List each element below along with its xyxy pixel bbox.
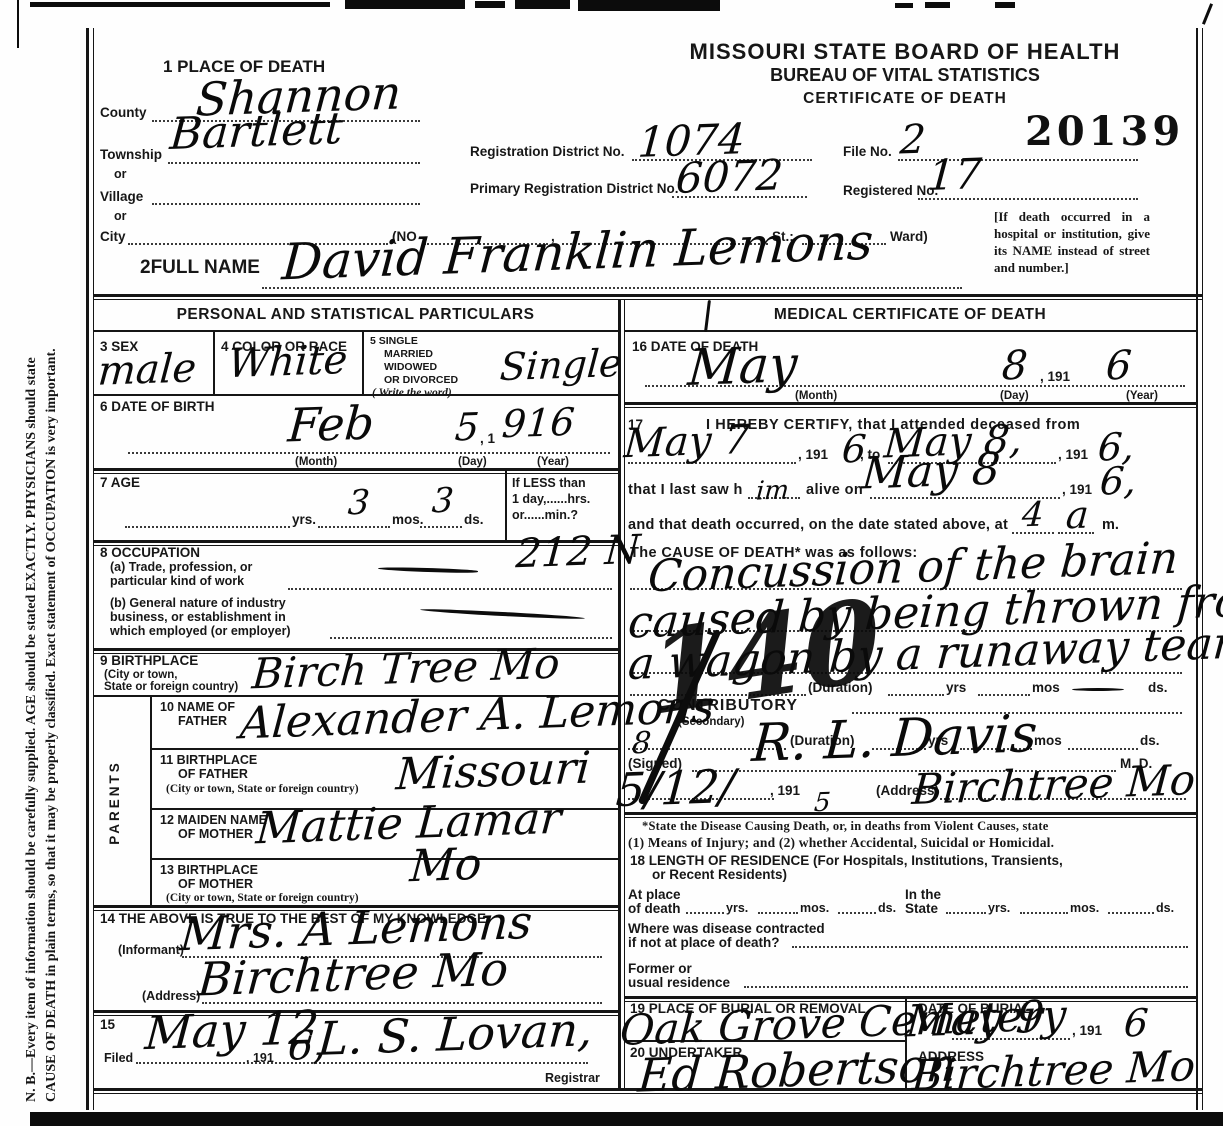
contracted-line [792,946,1188,948]
father-birthplace-label2: OF FATHER [178,768,248,781]
city-label: City [100,230,126,244]
death-ampm-value: a [1065,498,1090,533]
death-certificate-scan: N. B.—Every item of information should b… [0,0,1223,1126]
dob-year-prefix: , 1 [480,432,495,446]
document-right-border-inner [1202,28,1203,1110]
race-cell-divider [362,332,364,394]
occupation-b-line [330,637,612,639]
occupation-b-line2: business, or establishment in [110,611,286,624]
death-occurred-label: and that death occurred, on the date sta… [628,518,1008,533]
file-stamp-number: 20139 [1025,108,1184,155]
contrib-mos-label: mos [1034,734,1062,748]
duration-yrs-line [888,694,944,696]
at-place-label2: of death [628,902,681,916]
age-label: 7 AGE [100,476,140,490]
dob-day-value: 5 [454,410,481,445]
hospital-note: [If death occurred in a hospital or inst… [994,208,1150,276]
burial-year-prefix: , 191 [1072,1024,1102,1038]
at-place-ds: ds. [878,902,896,915]
father-birthplace-label1: 11 BIRTHPLACE [160,754,257,767]
or-label-1: or [114,168,127,181]
age-mos-value: 3 [347,488,371,519]
registered-no-value: 17 [927,155,983,195]
date-of-death-year: 6 [1105,348,1133,385]
occupation-a-line1: (a) Trade, profession, or [110,561,252,574]
age-ds-label: ds. [464,513,484,527]
alive-on-label: alive on [806,483,863,498]
document-left-border [86,28,89,1110]
sex-cell-divider [213,332,215,394]
dod-month-caption: (Month) [795,390,837,402]
death-m-label: m. [1102,518,1119,533]
contracted-label2: if not at place of death? [628,936,780,950]
scan-artifact-bar [30,2,330,7]
father-name-label1: 10 NAME OF [160,701,235,714]
age-mos-line [318,526,390,528]
mother-row-rule [150,858,618,860]
registered-no-label: Registered No. [843,184,938,198]
death-time-value: 4 [1021,500,1045,531]
dob-line [128,452,610,454]
informant-address-label: (Address) [142,990,200,1003]
occupation-a-dash-stroke [378,566,478,573]
physician-signature: R. L. Davis [750,711,1038,768]
occupation-label: 8 OCCUPATION [100,546,200,560]
former-residence-label2: usual residence [628,976,730,990]
filed-item-number: 15 [100,1018,115,1032]
village-line [152,203,420,205]
occupation-b-dash-stroke [420,608,585,621]
undertaker-value: Ed Robertson [637,1044,958,1097]
age-less-line1: If LESS than [512,477,586,490]
age-less-line2: 1 day,......hrs. [512,493,590,506]
scan-artifact-bar [515,0,570,9]
duration-yrs-label: yrs [946,681,966,695]
document-right-border [1196,28,1198,1110]
dob-month-caption: (Month) [295,456,337,468]
age-less-line3: or......min.? [512,509,578,522]
in-state-yrs-line [946,912,986,914]
father-birthplace-sub: (City or town, State or foreign country) [166,783,359,795]
in-state-yrs: yrs. [988,902,1010,915]
marital-label-4: OR DIVORCED [384,375,458,386]
last-saw-pronoun: im [755,479,790,504]
residence-label-line2: or Recent Residents) [652,868,787,882]
date-of-death-day: 8 [1001,348,1029,385]
dod-year-caption: (Year) [1126,390,1158,402]
birthplace-label: 9 BIRTHPLACE [100,654,198,668]
dob-label: 6 DATE OF BIRTH [100,400,215,414]
marital-value: Single [499,346,623,385]
parents-cell-divider [150,695,152,907]
dod-year-prefix: , 191 [1040,370,1070,384]
margin-instructions: N. B.—Every item of information should b… [22,22,62,1102]
margin-instructions-line1: N. B.—Every item of information should b… [22,22,42,1102]
scan-artifact-bar [475,1,505,8]
birthplace-value: Birch Tree Mo [251,645,561,694]
scan-edge-mark [17,0,19,48]
pen-slash-mark [1202,3,1213,25]
in-state-mos: mos. [1070,902,1099,915]
primary-district-label: Primary Registration District No. [470,182,679,196]
registrar-signature: L. S. Lovan, [317,1009,595,1060]
former-residence-line [744,986,1188,988]
occupation-a-line2: particular kind of work [110,575,244,588]
dob-year-value: 916 [501,405,576,442]
last-saw-date: May 8 [861,450,1002,495]
informant-address-value: Birchtree Mo [197,949,510,1001]
occupation-b-line3: which employed (or employer) [110,625,291,638]
full-name-label: 2FULL NAME [140,258,260,278]
birthplace-sub2: State or foreign country) [104,681,238,693]
mother-name-label1: 12 MAIDEN NAME [160,814,267,827]
file-no-label: File No. [843,145,892,159]
age-ds-line [420,526,462,528]
org-title: MISSOURI STATE BOARD OF HEALTH [660,40,1150,63]
burial-date-value: May 9 [905,998,1046,1043]
age-less-box-divider [505,468,507,540]
father-birthplace-value: Missouri [395,749,592,795]
dob-day-caption: (Day) [458,456,487,468]
age-yrs-line [125,526,290,528]
contrib-ds-label: ds. [1140,734,1160,748]
mother-name-label2: OF MOTHER [178,828,253,841]
marital-label-2: MARRIED [384,349,433,360]
footnote-line2: (1) Means of Injury; and (2) whether Acc… [628,836,1054,850]
ward-label: Ward) [890,230,928,244]
date-of-death-month: May [686,342,798,391]
signed-year-prefix: , 191 [770,784,800,798]
dod-row-divider [624,402,1196,408]
at-place-mos: mos. [800,902,829,915]
file-no-value: 2 [899,122,927,159]
dob-month-value: Feb [287,402,376,447]
occupation-a-line [288,588,612,590]
at-place-mos-line [758,912,798,914]
signed-date-value: 5/12/ [615,766,737,812]
scan-artifact-bar [578,0,720,11]
footnote-line1: *State the Disease Causing Death, or, in… [642,820,1048,833]
at-place-yrs: yrs. [726,902,748,915]
mother-name-value: Mattie Lamar [255,799,563,849]
attended-from-date: May 7 [623,422,751,462]
header-divider [93,294,1202,300]
mother-birthplace-label2: OF MOTHER [178,878,253,891]
at-place-yrs-line [686,912,724,914]
dod-day-caption: (Day) [1000,390,1029,402]
race-value: White [227,342,349,382]
registrar-label: Registrar [545,1072,600,1085]
county-label: County [100,106,147,120]
attended-to-year-prefix: , 191 [1058,448,1088,462]
age-ds-value: 3 [431,486,455,517]
in-state-ds-line [1108,912,1154,914]
in-state-label2: State [905,902,938,916]
marital-label-1: 5 SINGLE [370,336,418,347]
scan-artifact-bottom-bar [30,1112,1223,1126]
duration-mos-label: mos [1032,681,1060,695]
duration-ds-label: ds. [1148,681,1168,695]
at-place-ds-line [838,912,876,914]
scan-artifact-bar [895,3,913,8]
sex-value: male [97,350,198,390]
last-saw-label: that I last saw h [628,483,743,498]
duration-dash-stroke [1072,688,1124,691]
marital-label-3: WIDOWED [384,362,437,373]
primary-district-value: 6072 [675,156,784,198]
occupation-b-line1: (b) General nature of industry [110,597,286,610]
scan-artifact-bar [345,0,465,9]
dob-year-caption: (Year) [537,456,569,468]
parents-vertical-label: PARENTS [108,720,122,885]
dob-row-divider [93,468,618,474]
margin-instructions-line2: CAUSE OF DEATH in plain terms, so that i… [42,22,62,1102]
physician-address-value: Birchtree Mo [911,761,1197,809]
father-name-label2: FATHER [178,715,227,728]
township-line [168,162,420,164]
scan-artifact-bar [995,2,1015,8]
full-name-value: David Franklin Lemons [281,220,875,286]
burial-year-value: 6 [1123,1006,1150,1041]
duration-mos-line [978,694,1030,696]
birthplace-sub1: (City or town, [104,669,177,681]
township-value: Bartlett [169,109,344,155]
township-label: Township [100,148,162,162]
filed-label: Filed [104,1052,133,1065]
age-mos-label: mos. [392,513,424,527]
or-label-2: or [114,210,127,223]
in-state-ds: ds. [1156,902,1174,915]
attended-from-year-prefix: , 191 [798,448,828,462]
personal-section-title: PERSONAL AND STATISTICAL PARTICULARS [93,307,618,323]
mother-birthplace-label1: 13 BIRTHPLACE [160,864,258,877]
bureau-title: BUREAU OF VITAL STATISTICS [660,66,1150,85]
village-label: Village [100,190,143,204]
medical-title-rule [624,330,1196,332]
mother-birthplace-value: Mo [409,845,483,887]
personal-title-rule [93,330,618,332]
last-saw-year: 6, [1099,463,1138,499]
occupation-scrawl: 212 N [515,532,642,572]
contributory-hw-8: 8 [631,730,652,758]
informant-label: (Informant) [118,944,184,957]
signed-year-subscript: 5 [813,792,831,816]
certificate-title: CERTIFICATE OF DEATH [660,91,1150,107]
undertaker-address-value: Birchtree Mo [911,1047,1197,1095]
registration-district-label: Registration District No. [470,145,625,159]
age-yrs-label: yrs. [292,513,316,527]
scan-artifact-bar [925,2,950,8]
contrib-duration-ds-line [1068,748,1138,750]
document-left-border-inner [93,28,94,1110]
in-state-mos-line [1020,912,1068,914]
